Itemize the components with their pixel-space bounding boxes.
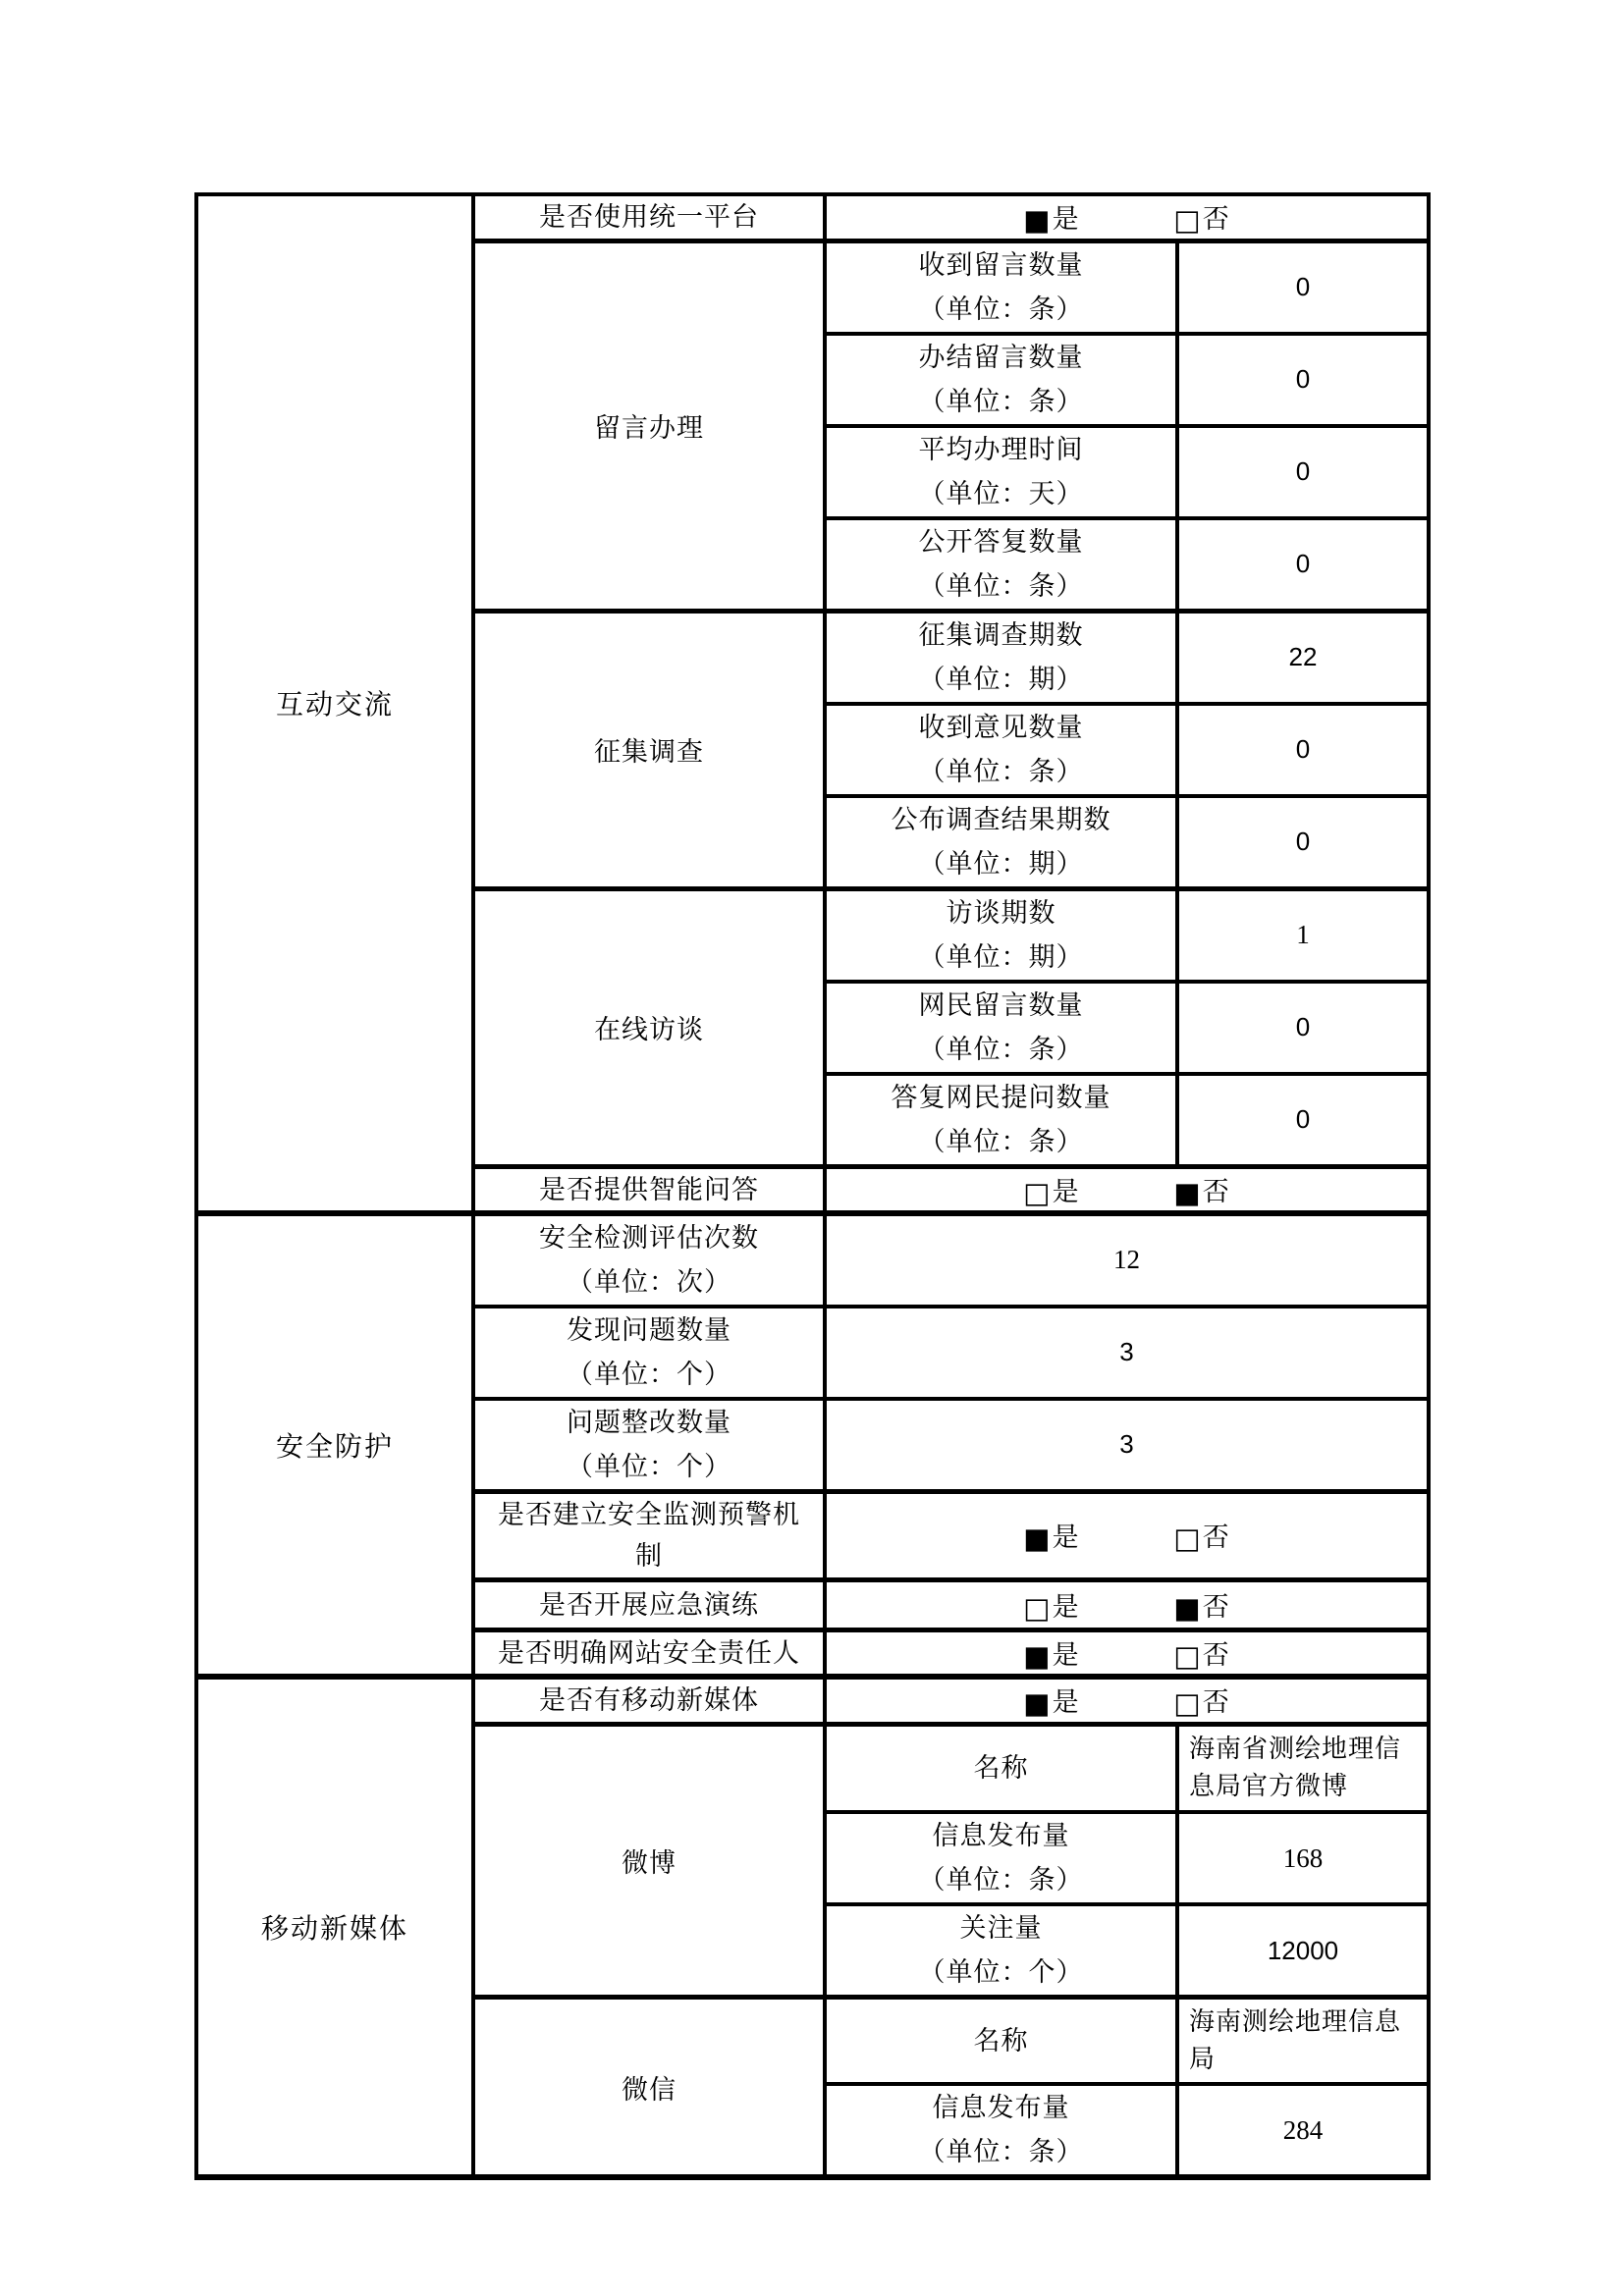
metric-unit: （单位：条）	[827, 1028, 1175, 1072]
yesno-cell: ■是 □否	[825, 194, 1429, 240]
checkbox-unchecked-icon: □	[1173, 1522, 1200, 1555]
metric-unit: （单位：个）	[475, 1353, 823, 1397]
yesno-cell: ■是 □否	[825, 1677, 1429, 1724]
metric-unit: （单位：次）	[475, 1260, 823, 1305]
group-cell-message-handling: 留言办理	[473, 240, 825, 611]
no-option: □否	[1173, 1516, 1229, 1555]
metric-unit: （单位：期）	[827, 658, 1175, 702]
no-label: 否	[1203, 1687, 1230, 1717]
metric-unit: （单位：条）	[827, 380, 1175, 424]
no-label: 否	[1203, 1592, 1230, 1622]
metric-label: 办结留言数量	[827, 336, 1175, 380]
no-label: 否	[1203, 1640, 1230, 1670]
no-label: 否	[1203, 204, 1230, 234]
metric-label: 问题整改数量	[475, 1401, 823, 1445]
metric-label-cell: 答复网民提问数量 （单位：条）	[825, 1074, 1177, 1167]
metric-label-cell: 信息发布量 （单位：条）	[825, 1812, 1177, 1904]
no-option: ■否	[1173, 1585, 1229, 1625]
checkbox-unchecked-icon: □	[1173, 1686, 1200, 1720]
yes-label: 是	[1053, 1592, 1080, 1622]
metric-label-cell: 信息发布量 （单位：条）	[825, 2084, 1177, 2177]
metric-unit: （单位：期）	[827, 935, 1175, 980]
checkbox-checked-icon: ■	[1023, 1522, 1050, 1555]
section-cell-interaction: 互动交流	[196, 194, 473, 1213]
metric-unit: （单位：条）	[827, 288, 1175, 332]
metric-label-cell: 收到意见数量 （单位：条）	[825, 704, 1177, 796]
group-cell-wechat: 微信	[473, 1998, 825, 2178]
metric-unit: （单位：期）	[827, 842, 1175, 886]
table-row: 互动交流 是否使用统一平台 ■是 □否	[196, 194, 1429, 240]
metric-label: 安全检测评估次数	[475, 1216, 823, 1260]
question-label-cell: 是否建立安全监测预警机制	[473, 1491, 825, 1579]
yes-label: 是	[1053, 1640, 1080, 1670]
account-name-cell: 海南测绘地理信息局	[1177, 1998, 1429, 2085]
metric-value-cell: 0	[1177, 518, 1429, 612]
yesno-cell: □是 ■否	[825, 1579, 1429, 1629]
metric-value-cell: 22	[1177, 611, 1429, 704]
metric-label-cell: 网民留言数量 （单位：条）	[825, 982, 1177, 1074]
no-option: □否	[1173, 1633, 1229, 1673]
metric-label-cell: 关注量 （单位：个）	[825, 1904, 1177, 1998]
metric-label-cell: 收到留言数量 （单位：条）	[825, 240, 1177, 334]
question-label-cell: 是否明确网站安全责任人	[473, 1629, 825, 1677]
metric-label: 答复网民提问数量	[827, 1076, 1175, 1120]
metric-value-cell: 0	[1177, 704, 1429, 796]
metric-label: 公布调查结果期数	[827, 798, 1175, 842]
metric-label: 发现问题数量	[475, 1308, 823, 1353]
metric-label: 信息发布量	[827, 1814, 1175, 1858]
annual-report-table: 互动交流 是否使用统一平台 ■是 □否 留言办理 收到留言数量 （单位：条） 0…	[194, 192, 1431, 2180]
checkbox-checked-icon: ■	[1023, 1639, 1050, 1673]
metric-unit: （单位：条）	[827, 2130, 1175, 2174]
yes-option: □是	[1023, 1585, 1079, 1625]
metric-label: 征集调查期数	[827, 614, 1175, 658]
metric-unit: （单位：条）	[827, 1120, 1175, 1164]
metric-label-cell: 办结留言数量 （单位：条）	[825, 334, 1177, 426]
metric-value-cell: 12	[825, 1213, 1429, 1307]
metric-value-cell: 0	[1177, 240, 1429, 334]
metric-value-cell: 0	[1177, 796, 1429, 889]
group-cell-survey: 征集调查	[473, 611, 825, 888]
metric-unit: （单位：条）	[827, 750, 1175, 794]
checkbox-unchecked-icon: □	[1173, 203, 1200, 237]
metric-label: 访谈期数	[827, 891, 1175, 935]
metric-value-cell: 0	[1177, 334, 1429, 426]
table-row: 安全防护 安全检测评估次数 （单位：次） 12	[196, 1213, 1429, 1307]
metric-label-cell: 安全检测评估次数 （单位：次）	[473, 1213, 825, 1307]
metric-value-cell: 0	[1177, 426, 1429, 518]
metric-unit: （单位：个）	[475, 1445, 823, 1489]
checkbox-unchecked-icon: □	[1023, 1176, 1050, 1209]
checkbox-checked-icon: ■	[1173, 1591, 1200, 1625]
metric-label-cell: 征集调查期数 （单位：期）	[825, 611, 1177, 704]
group-cell-weibo: 微博	[473, 1724, 825, 1998]
yesno-cell: □是 ■否	[825, 1166, 1429, 1213]
question-label-cell: 是否有移动新媒体	[473, 1677, 825, 1724]
no-label: 否	[1203, 1177, 1230, 1206]
checkbox-unchecked-icon: □	[1173, 1639, 1200, 1673]
yes-option: ■是	[1023, 1681, 1079, 1720]
metric-label: 关注量	[827, 1906, 1175, 1950]
metric-label: 收到留言数量	[827, 243, 1175, 288]
yes-option: ■是	[1023, 1516, 1079, 1555]
table-row: 移动新媒体 是否有移动新媒体 ■是 □否	[196, 1677, 1429, 1724]
metric-value-cell: 168	[1177, 1812, 1429, 1904]
yes-label: 是	[1053, 1177, 1080, 1206]
checkbox-checked-icon: ■	[1023, 203, 1050, 237]
metric-label-cell: 访谈期数 （单位：期）	[825, 888, 1177, 982]
metric-unit: （单位：天）	[827, 472, 1175, 516]
metric-label-cell: 平均办理时间 （单位：天）	[825, 426, 1177, 518]
metric-label: 平均办理时间	[827, 428, 1175, 472]
yes-label: 是	[1053, 1687, 1080, 1717]
yesno-cell: ■是 □否	[825, 1629, 1429, 1677]
checkbox-checked-icon: ■	[1023, 1686, 1050, 1720]
metric-label: 公开答复数量	[827, 520, 1175, 564]
yes-option: ■是	[1023, 197, 1079, 237]
section-cell-mobile: 移动新媒体	[196, 1677, 473, 2177]
metric-unit: （单位：条）	[827, 1858, 1175, 1902]
yes-label: 是	[1053, 204, 1080, 234]
metric-label-cell: 名称	[825, 1998, 1177, 2085]
section-cell-security: 安全防护	[196, 1213, 473, 1678]
metric-unit: （单位：个）	[827, 1950, 1175, 1995]
no-option: □否	[1173, 1681, 1229, 1720]
metric-label-cell: 问题整改数量 （单位：个）	[473, 1399, 825, 1492]
yes-option: □是	[1023, 1170, 1079, 1209]
account-name-cell: 海南省测绘地理信息局官方微博	[1177, 1724, 1429, 1812]
metric-label-cell: 公布调查结果期数 （单位：期）	[825, 796, 1177, 889]
metric-value-cell: 12000	[1177, 1904, 1429, 1998]
yes-option: ■是	[1023, 1633, 1079, 1673]
metric-label-cell: 名称	[825, 1724, 1177, 1812]
metric-label: 网民留言数量	[827, 984, 1175, 1028]
document-page: { "table": { "interaction": { "name": "互…	[0, 0, 1624, 2296]
question-label-cell: 是否使用统一平台	[473, 194, 825, 240]
metric-value-cell: 284	[1177, 2084, 1429, 2177]
metric-value-cell: 3	[825, 1399, 1429, 1492]
no-label: 否	[1203, 1522, 1230, 1552]
yesno-cell: ■是 □否	[825, 1491, 1429, 1579]
metric-label: 收到意见数量	[827, 706, 1175, 750]
metric-value-cell: 0	[1177, 982, 1429, 1074]
yes-label: 是	[1053, 1522, 1080, 1552]
group-cell-interview: 在线访谈	[473, 888, 825, 1166]
metric-value-cell: 1	[1177, 888, 1429, 982]
metric-value-cell: 0	[1177, 1074, 1429, 1167]
checkbox-checked-icon: ■	[1173, 1176, 1200, 1209]
metric-value-cell: 3	[825, 1307, 1429, 1399]
question-label-cell: 是否开展应急演练	[473, 1579, 825, 1629]
no-option: ■否	[1173, 1170, 1229, 1209]
checkbox-unchecked-icon: □	[1023, 1591, 1050, 1625]
metric-label-cell: 发现问题数量 （单位：个）	[473, 1307, 825, 1399]
metric-label-cell: 公开答复数量 （单位：条）	[825, 518, 1177, 612]
metric-unit: （单位：条）	[827, 564, 1175, 609]
question-label-cell: 是否提供智能问答	[473, 1166, 825, 1213]
no-option: □否	[1173, 197, 1229, 237]
metric-label: 信息发布量	[827, 2086, 1175, 2130]
